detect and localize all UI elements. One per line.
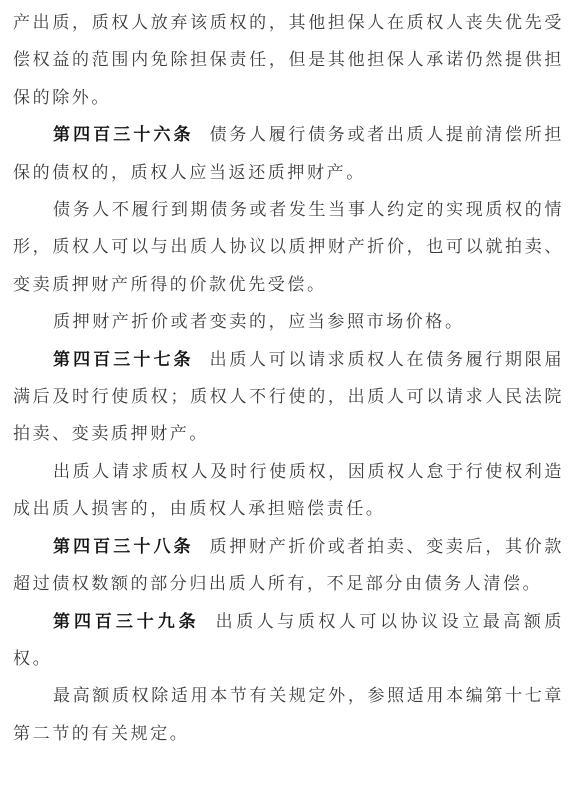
statute-text-body: 产出质，质权人放弃该质权的，其他担保人在质权人丧失优先受偿权益的范围内免除担保责… xyxy=(13,4,564,752)
article-439-number: 第四百三十九条 xyxy=(53,612,200,631)
article-436-paragraph-2: 债务人不履行到期债务或者发生当事人约定的实现质权的情形，质权人可以与出质人协议以… xyxy=(13,191,564,303)
article-437-number: 第四百三十七条 xyxy=(53,350,194,369)
article-437-paragraph-2: 出质人请求质权人及时行使质权，因质权人怠于行使权利造成出质人损害的，由质权人承担… xyxy=(13,453,564,528)
article-439-paragraph-2: 最高额质权除适用本节有关规定外，参照适用本编第十七章第二节的有关规定。 xyxy=(13,677,564,752)
document-page: 产出质，质权人放弃该质权的，其他担保人在质权人丧失优先受偿权益的范围内免除担保责… xyxy=(0,0,578,810)
article-438-number: 第四百三十八条 xyxy=(53,537,194,556)
article-438-paragraph: 第四百三十八条质押财产折价或者拍卖、变卖后，其价款超过债权数额的部分归出质人所有… xyxy=(13,528,564,603)
article-437-paragraph: 第四百三十七条出质人可以请求质权人在债务履行期限届满后及时行使质权；质权人不行使… xyxy=(13,341,564,453)
article-436-paragraph: 第四百三十六条债务人履行债务或者出质人提前清偿所担保的债权的，质权人应当返还质押… xyxy=(13,116,564,191)
article-436-paragraph-3: 质押财产折价或者变卖的，应当参照市场价格。 xyxy=(13,303,564,340)
paragraph-continuation: 产出质，质权人放弃该质权的，其他担保人在质权人丧失优先受偿权益的范围内免除担保责… xyxy=(13,4,564,116)
article-439-paragraph: 第四百三十九条出质人与质权人可以协议设立最高额质权。 xyxy=(13,603,564,678)
article-436-number: 第四百三十六条 xyxy=(53,125,194,144)
